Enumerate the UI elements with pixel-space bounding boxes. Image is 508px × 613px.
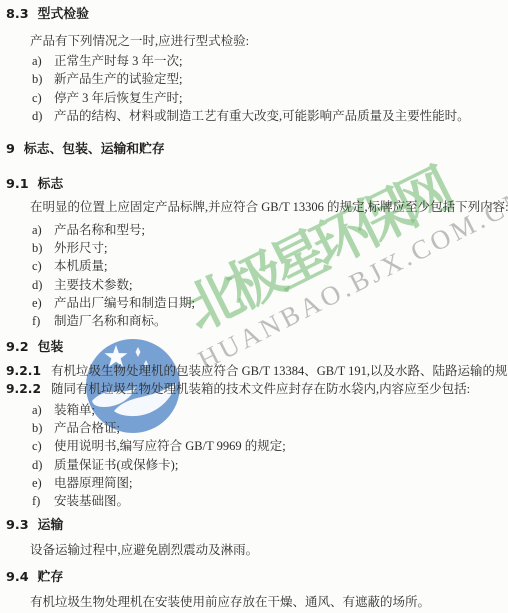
clause-number: 9.1 (6, 177, 29, 192)
list-item-text: 制造厂名称和商标。 (54, 314, 167, 328)
clause-number: 9.3 (6, 518, 29, 533)
clause-9-2-2: 9.2.2随同有机垃圾生物处理机装箱的技术文件应封存在防水袋内,内容应至少包括: (6, 380, 502, 398)
clause-title: 标志、包装、运输和贮存 (24, 142, 165, 157)
clause-number: 9 (6, 142, 15, 157)
clause-text: 有机垃圾生物处理机的包装应符合 GB/T 13384、GB/T 191,以及水路… (51, 364, 508, 378)
clause-number: 9.2.2 (6, 382, 41, 396)
clause-title: 标志 (38, 177, 64, 192)
list-item-label: f) (32, 312, 54, 330)
list-item-text: 正常生产时每 3 年一次; (54, 54, 182, 68)
list-9-2-2: a)装箱单; b)产品合格证; c)使用说明书,编写应符合 GB/T 9969 … (6, 401, 502, 511)
clause-number: 9.4 (6, 570, 29, 585)
clause-number: 8.3 (6, 7, 29, 22)
list-item-label: e) (32, 294, 54, 312)
list-item-text: 停产 3 年后恢复生产时; (54, 91, 182, 105)
list-item: a)装箱单; (32, 401, 502, 419)
list-item-text: 质量保证书(或保修卡); (54, 458, 178, 472)
list-item: d)主要技术参数; (32, 276, 502, 294)
para-8-3-intro: 产品有下列情况之一时,应进行型式检验: (30, 32, 502, 50)
list-item: b)外形尺寸; (32, 239, 502, 257)
list-item: d)产品的结构、材料或制造工艺有重大改变,可能影响产品质量及主要性能时。 (32, 107, 502, 125)
list-item-text: 安装基础图。 (54, 494, 129, 508)
clause-heading-8-3: 8.3型式检验 (6, 6, 502, 24)
clause-heading-9-2: 9.2包装 (6, 339, 502, 357)
list-item-text: 新产品生产的试验定型; (54, 72, 182, 86)
list-item-label: c) (32, 437, 54, 455)
list-item-label: d) (32, 276, 54, 294)
list-item: f)安装基础图。 (32, 492, 502, 510)
list-item-text: 产品出厂编号和制造日期; (54, 296, 195, 310)
list-item-text: 电器原理简图; (54, 476, 132, 490)
list-item: b)产品合格证; (32, 419, 502, 437)
list-item-label: d) (32, 107, 54, 125)
list-item-label: c) (32, 257, 54, 275)
clause-number: 9.2.1 (6, 364, 41, 378)
list-item-text: 本机质量; (54, 259, 107, 273)
list-9-1: a)产品名称和型号; b)外形尺寸; c)本机质量; d)主要技术参数; e)产… (6, 221, 502, 331)
list-item-label: e) (32, 474, 54, 492)
list-item: e)电器原理简图; (32, 474, 502, 492)
clause-heading-9-3: 9.3运输 (6, 517, 502, 535)
list-item: a)产品名称和型号; (32, 221, 502, 239)
clause-text: 随同有机垃圾生物处理机装箱的技术文件应封存在防水袋内,内容应至少包括: (51, 382, 470, 396)
list-item-label: f) (32, 492, 54, 510)
list-item: c)本机质量; (32, 257, 502, 275)
list-item-text: 使用说明书,编写应符合 GB/T 9969 的规定; (54, 439, 286, 453)
list-item-text: 装箱单; (54, 403, 95, 417)
list-item-text: 外形尺寸; (54, 241, 107, 255)
clause-heading-9-4: 9.4贮存 (6, 569, 502, 587)
document-page: 北极星环保网 HUANBAO.BJX.COM.CN 8.3型式检验 产品有下列情… (0, 0, 508, 613)
clause-heading-9-1: 9.1标志 (6, 176, 502, 194)
list-item-label: d) (32, 456, 54, 474)
list-item: c)使用说明书,编写应符合 GB/T 9969 的规定; (32, 437, 502, 455)
list-item-label: a) (32, 52, 54, 70)
document-content: 8.3型式检验 产品有下列情况之一时,应进行型式检验: a)正常生产时每 3 年… (0, 0, 508, 612)
list-item-text: 产品合格证; (54, 421, 120, 435)
list-item: b)新产品生产的试验定型; (32, 70, 502, 88)
clause-title: 运输 (38, 518, 64, 533)
list-item: f)制造厂名称和商标。 (32, 312, 502, 330)
clause-number: 9.2 (6, 340, 29, 355)
list-item-label: a) (32, 401, 54, 419)
list-item: e)产品出厂编号和制造日期; (32, 294, 502, 312)
list-item-label: a) (32, 221, 54, 239)
para-9-3-body: 设备运输过程中,应避免剧烈震动及淋雨。 (30, 541, 502, 559)
list-item: c)停产 3 年后恢复生产时; (32, 89, 502, 107)
clause-title: 型式检验 (38, 7, 89, 22)
list-item-text: 产品的结构、材料或制造工艺有重大改变,可能影响产品质量及主要性能时。 (54, 109, 470, 123)
clause-9-2-1: 9.2.1有机垃圾生物处理机的包装应符合 GB/T 13384、GB/T 191… (6, 362, 502, 380)
list-8-3: a)正常生产时每 3 年一次; b)新产品生产的试验定型; c)停产 3 年后恢… (6, 52, 502, 125)
clause-title: 贮存 (38, 570, 64, 585)
list-item: a)正常生产时每 3 年一次; (32, 52, 502, 70)
para-9-1-intro: 在明显的位置上应固定产品标牌,并应符合 GB/T 13306 的规定,标牌应至少… (30, 198, 502, 216)
list-item-text: 主要技术参数; (54, 278, 132, 292)
list-item-label: b) (32, 70, 54, 88)
list-item-label: b) (32, 419, 54, 437)
list-item: d)质量保证书(或保修卡); (32, 456, 502, 474)
clause-title: 包装 (38, 340, 64, 355)
clause-heading-9: 9标志、包装、运输和贮存 (6, 141, 502, 159)
list-item-text: 产品名称和型号; (54, 223, 145, 237)
list-item-label: b) (32, 239, 54, 257)
para-9-4-body: 有机垃圾生物处理机在安装使用前应存放在干燥、通风、有遮蔽的场所。 (30, 593, 502, 611)
list-item-label: c) (32, 89, 54, 107)
